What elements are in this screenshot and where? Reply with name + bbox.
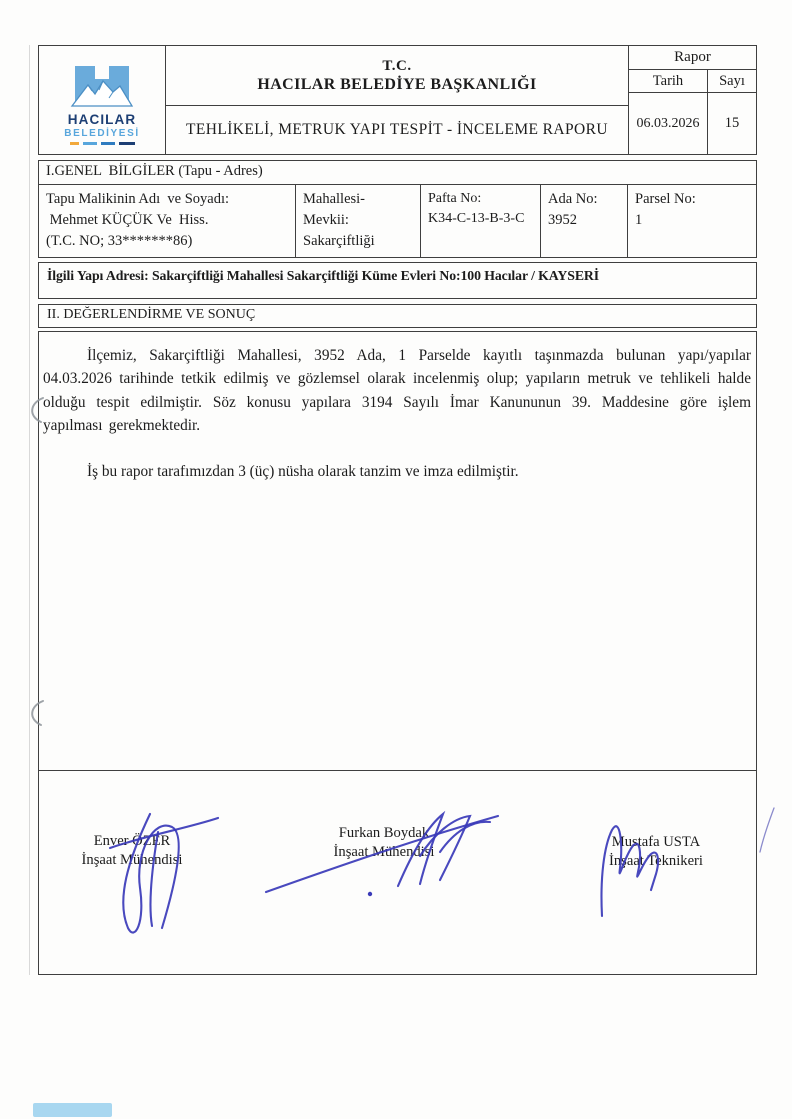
evaluation-paragraph: İlçemiz, Sakarçiftliği Mahallesi, 3952 A… — [43, 344, 751, 437]
neighborhood-value: Sakarçiftliği — [303, 231, 413, 252]
signer-title: İnşaat Teknikeri — [582, 852, 730, 871]
report-meta-values: 06.03.2026 15 — [629, 93, 756, 154]
scan-artifact-blue-strip — [33, 1103, 112, 1117]
signer-name: Mustafa USTA — [582, 833, 730, 852]
logo-emblem-icon — [68, 57, 136, 111]
pafta-value: K34-C-13-B-3-C — [428, 209, 533, 229]
stray-pen-stroke — [756, 806, 778, 854]
logo-dash-lightblue — [83, 142, 97, 145]
signer-name: Enver ÖZER — [56, 832, 208, 851]
logo-color-dashes — [70, 142, 135, 145]
document-title: TEHLİKELİ, METRUK YAPI TESPİT - İNCELEME… — [186, 121, 608, 139]
logo-dash-navy — [119, 142, 135, 145]
header-table: HACILAR BELEDİYESİ T.C. HACILAR BELEDİYE… — [38, 45, 757, 155]
scan-edge-line — [29, 45, 30, 975]
report-date-value: 06.03.2026 — [629, 93, 708, 154]
document-title-row: TEHLİKELİ, METRUK YAPI TESPİT - İNCELEME… — [166, 106, 628, 154]
parsel-label: Parsel No: — [635, 189, 749, 210]
report-meta-title: Rapor — [629, 46, 756, 70]
scanned-report-page: HACILAR BELEDİYESİ T.C. HACILAR BELEDİYE… — [0, 0, 792, 1119]
ada-value: 3952 — [548, 210, 620, 231]
evaluation-box: İlçemiz, Sakarçiftliği Mahallesi, 3952 A… — [38, 331, 757, 975]
owner-cell: Tapu Malikinin Adı ve Soyadı: Mehmet KÜÇ… — [39, 185, 296, 257]
building-address-row: İlgili Yapı Adresi: Sakarçiftliği Mahall… — [38, 262, 757, 299]
signer-title: İnşaat Mühendisi — [56, 851, 208, 870]
owner-tc-no: (T.C. NO; 33*******86) — [46, 231, 288, 252]
general-info-table: I.GENEL BİLGİLER (Tapu - Adres) Tapu Mal… — [38, 160, 757, 258]
report-number-label: Sayı — [708, 70, 756, 92]
owner-name: Mehmet KÜÇÜK Ve Hiss. — [46, 210, 288, 231]
signature-block-2: Furkan Boydak İnşaat Mühendisi — [300, 824, 468, 862]
report-meta-table: Rapor Tarih Sayı 06.03.2026 15 — [628, 46, 756, 154]
pafta-cell: Pafta No: K34-C-13-B-3-C — [421, 185, 541, 257]
logo-text-secondary: BELEDİYESİ — [64, 128, 139, 139]
owner-label: Tapu Malikinin Adı ve Soyadı: — [46, 189, 288, 210]
logo-dash-orange — [70, 142, 79, 145]
neighborhood-cell: Mahallesi- Mevkii: Sakarçiftliği — [296, 185, 421, 257]
general-info-row: Tapu Malikinin Adı ve Soyadı: Mehmet KÜÇ… — [39, 185, 756, 257]
signer-name: Furkan Boydak — [300, 824, 468, 843]
parsel-value: 1 — [635, 210, 749, 231]
report-date-label: Tarih — [629, 70, 708, 92]
logo-text-primary: HACILAR — [68, 113, 136, 127]
parsel-cell: Parsel No: 1 — [628, 185, 756, 257]
signature-block-1: Enver ÖZER İnşaat Mühendisi — [56, 832, 208, 870]
signature-block-3: Mustafa USTA İnşaat Teknikeri — [582, 833, 730, 871]
logo-dash-midblue — [101, 142, 115, 145]
pafta-label: Pafta No: — [428, 189, 533, 209]
ada-cell: Ada No: 3952 — [541, 185, 628, 257]
section1-heading: I.GENEL BİLGİLER (Tapu - Adres) — [39, 161, 756, 185]
neighborhood-label-1: Mahallesi- — [303, 189, 413, 210]
authority-name: HACILAR BELEDİYE BAŞKANLIĞI — [257, 76, 536, 94]
copies-paragraph: İş bu rapor tarafımızdan 3 (üç) nüsha ol… — [43, 463, 751, 481]
report-number-value: 15 — [708, 93, 756, 154]
neighborhood-label-2: Mevkii: — [303, 210, 413, 231]
municipality-logo: HACILAR BELEDİYESİ — [39, 46, 166, 154]
republic-label: T.C. — [382, 58, 411, 75]
header-title-cell: T.C. HACILAR BELEDİYE BAŞKANLIĞI TEHLİKE… — [166, 46, 628, 154]
signer-title: İnşaat Mühendisi — [300, 843, 468, 862]
header-authority-block: T.C. HACILAR BELEDİYE BAŞKANLIĞI — [166, 46, 628, 106]
report-meta-labels: Tarih Sayı — [629, 70, 756, 93]
ada-label: Ada No: — [548, 189, 620, 210]
evaluation-text: İlçemiz, Sakarçiftliği Mahallesi, 3952 A… — [43, 344, 751, 481]
section2-heading: II. DEĞERLENDİRME VE SONUÇ — [38, 304, 757, 328]
signature-section-divider — [39, 770, 756, 771]
